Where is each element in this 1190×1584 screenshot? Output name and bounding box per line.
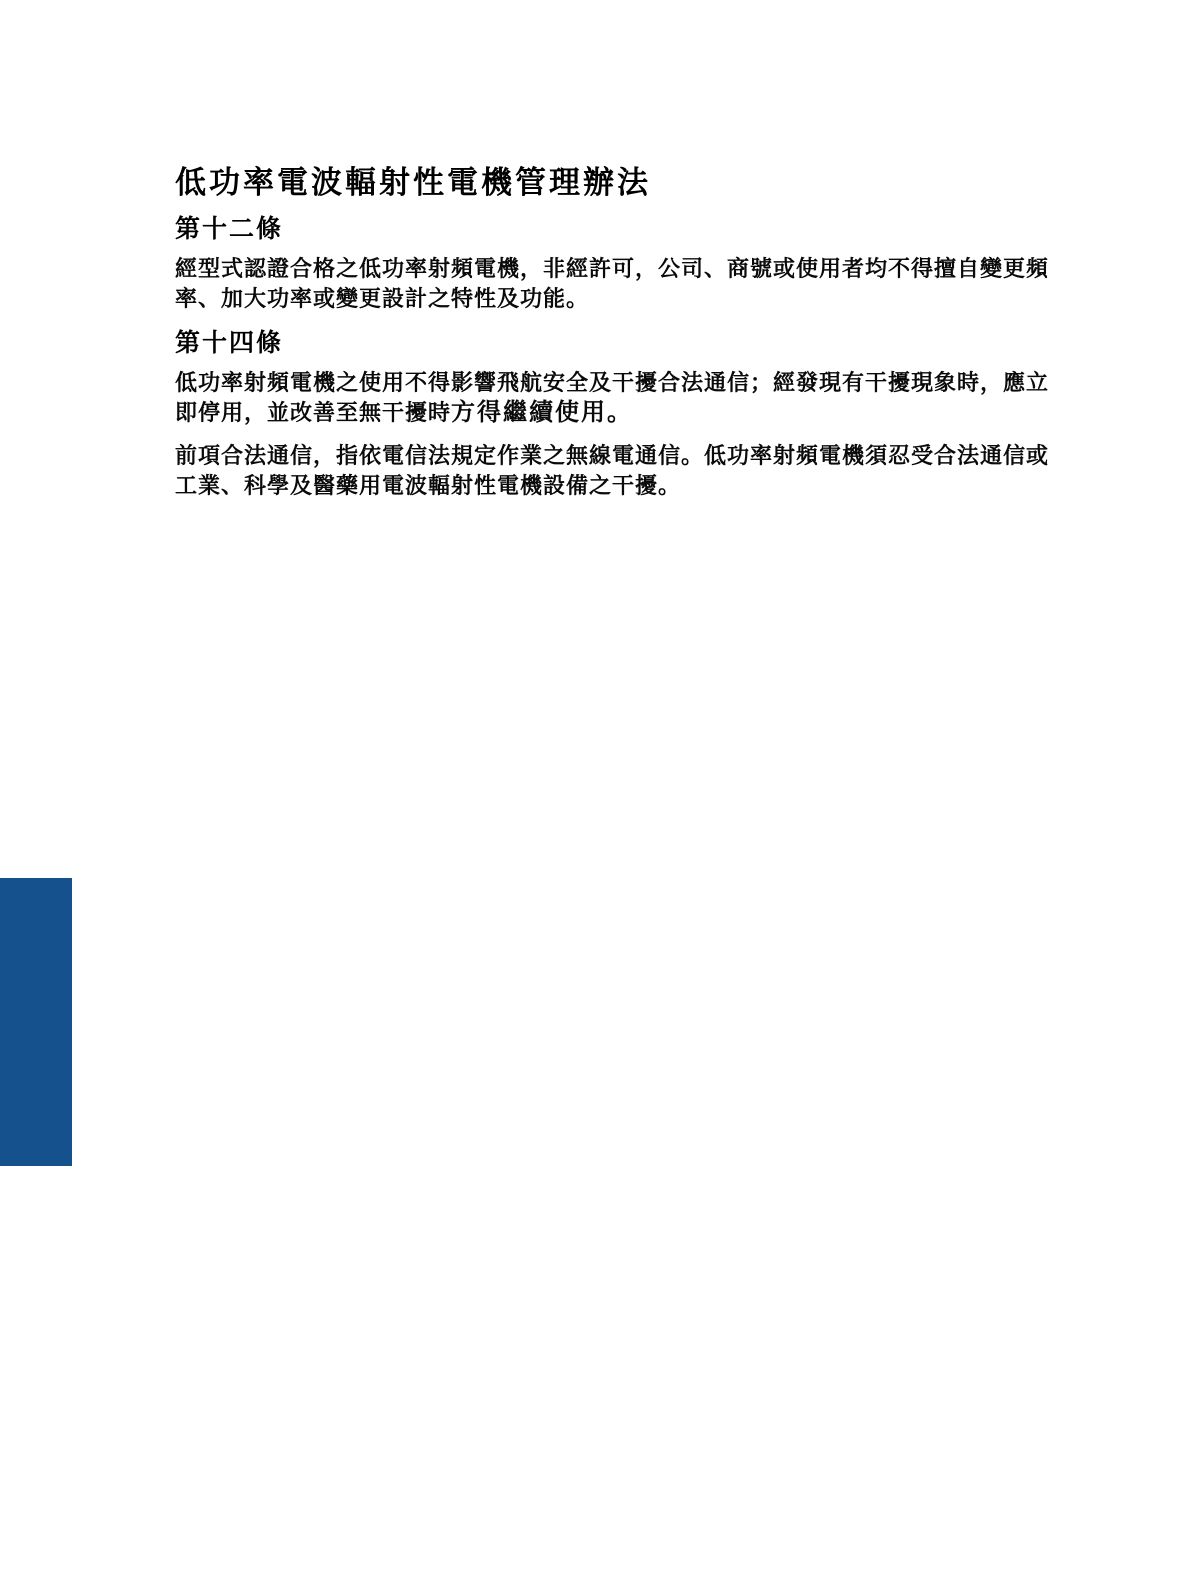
paragraph: 經型式認證合格之低功率射頻電機，非經許可，公司、商號或使用者均不得擅自變更頻率、… <box>175 254 1055 314</box>
article-heading-14: 第十四條 <box>175 327 1055 359</box>
page-content: 低功率電波輻射性電機管理辦法 第十二條 經型式認證合格之低功率射頻電機，非經許可… <box>175 163 1055 514</box>
paragraph: 前項合法通信，指依電信法規定作業之無線電通信。低功率射頻電機須忍受合法通信或工業… <box>175 441 1055 501</box>
paragraph: 低功率射頻電機之使用不得影響飛航安全及干擾合法通信；經發現有干擾現象時，應立即停… <box>175 368 1055 428</box>
chapter-tab-marker <box>0 878 72 1166</box>
document-page: 低功率電波輻射性電機管理辦法 第十二條 經型式認證合格之低功率射頻電機，非經許可… <box>0 0 1190 1584</box>
article-heading-12: 第十二條 <box>175 213 1055 245</box>
paragraph-text-run-alt-font: 方得繼續使用。 <box>451 399 633 426</box>
page-title: 低功率電波輻射性電機管理辦法 <box>175 163 1055 203</box>
